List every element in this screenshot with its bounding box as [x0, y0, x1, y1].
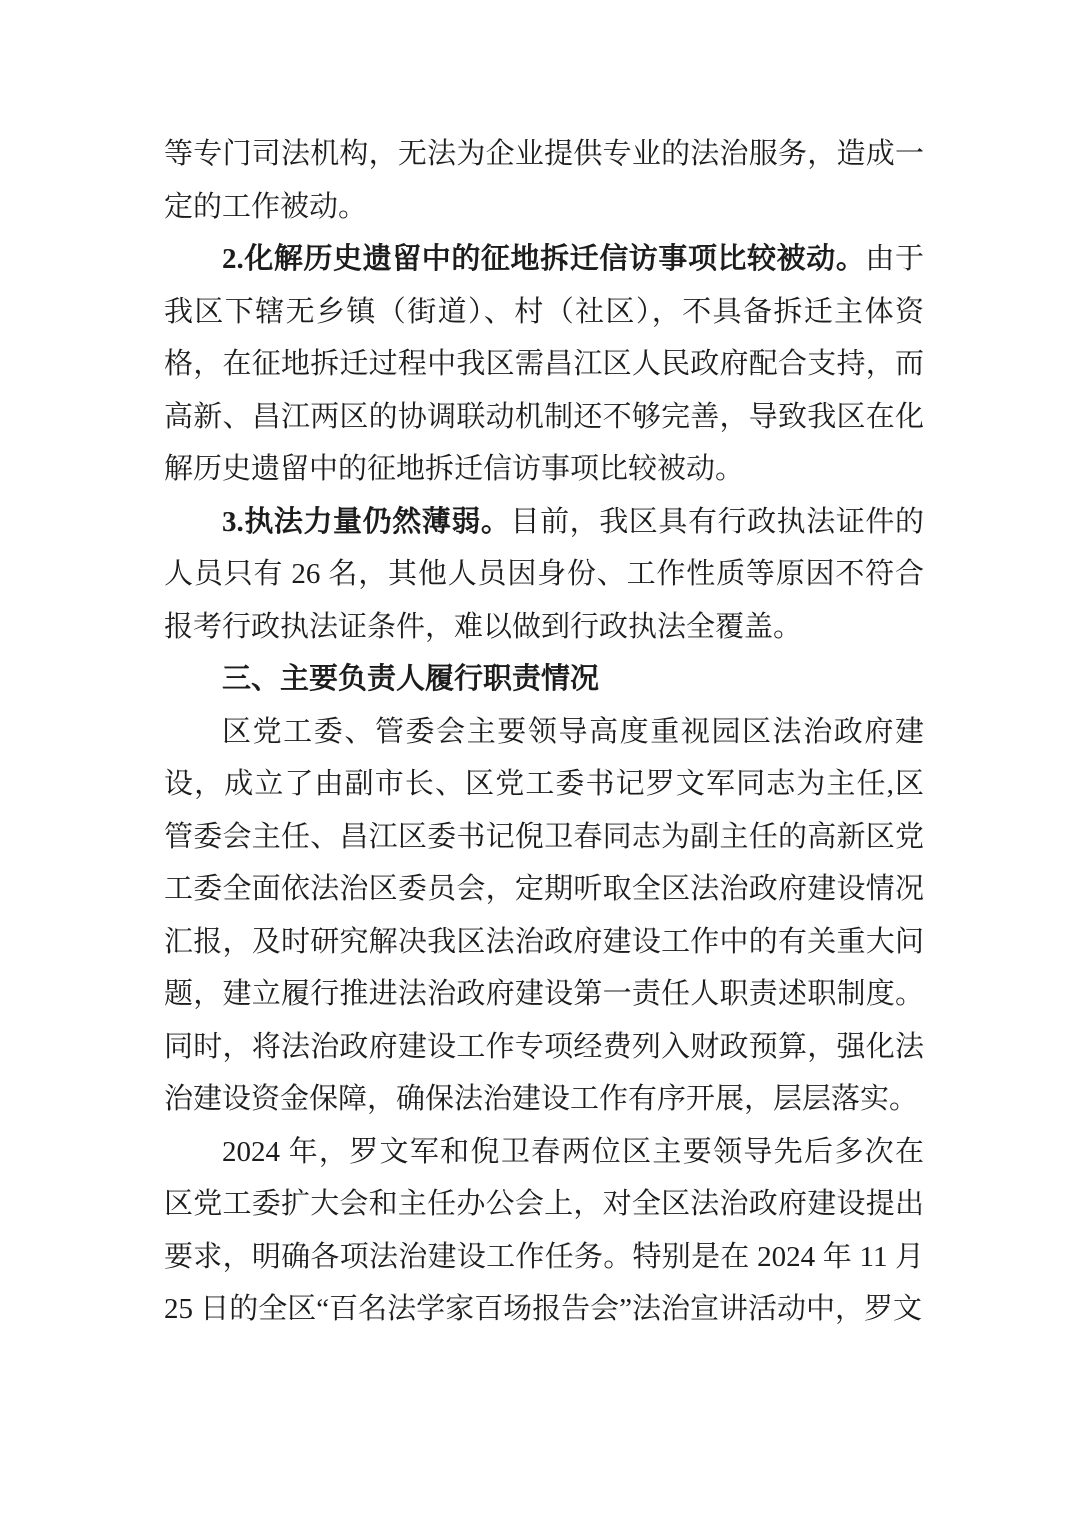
- section-heading: 三、主要负责人履行职责情况: [164, 653, 924, 706]
- bold-text-segment: 2.化解历史遗留中的征地拆迁信访事项比较被动。: [222, 243, 865, 275]
- text-segment: 2024 年，罗文军和倪卫春两位区主要领导先后多次在区党工委扩大会和主任办公会上…: [164, 1136, 924, 1326]
- bold-text-segment: 3.执法力量仍然薄弱。: [222, 506, 511, 538]
- text-segment: 区党工委、管委会主要领导高度重视园区法治政府建设，成立了由副市长、区党工委书记罗…: [164, 716, 924, 1116]
- document-page: 等专门司法机构，无法为企业提供专业的法治服务，造成一定的工作被动。2.化解历史遗…: [0, 0, 1074, 1520]
- bold-text-segment: 三、主要负责人履行职责情况: [222, 663, 599, 695]
- text-segment: 等专门司法机构，无法为企业提供专业的法治服务，造成一定的工作被动。: [164, 138, 924, 223]
- text-segment: 由于我区下辖无乡镇（街道）、村（社区），不具备拆迁主体资格，在征地拆迁过程中我区…: [164, 243, 924, 485]
- paragraph: 2024 年，罗文军和倪卫春两位区主要领导先后多次在区党工委扩大会和主任办公会上…: [164, 1126, 924, 1336]
- paragraph: 等专门司法机构，无法为企业提供专业的法治服务，造成一定的工作被动。: [164, 128, 924, 233]
- paragraph: 区党工委、管委会主要领导高度重视园区法治政府建设，成立了由副市长、区党工委书记罗…: [164, 706, 924, 1126]
- document-body: 等专门司法机构，无法为企业提供专业的法治服务，造成一定的工作被动。2.化解历史遗…: [164, 128, 924, 1336]
- paragraph: 2.化解历史遗留中的征地拆迁信访事项比较被动。由于我区下辖无乡镇（街道）、村（社…: [164, 233, 924, 496]
- paragraph: 3.执法力量仍然薄弱。目前，我区具有行政执法证件的人员只有 26 名，其他人员因…: [164, 496, 924, 654]
